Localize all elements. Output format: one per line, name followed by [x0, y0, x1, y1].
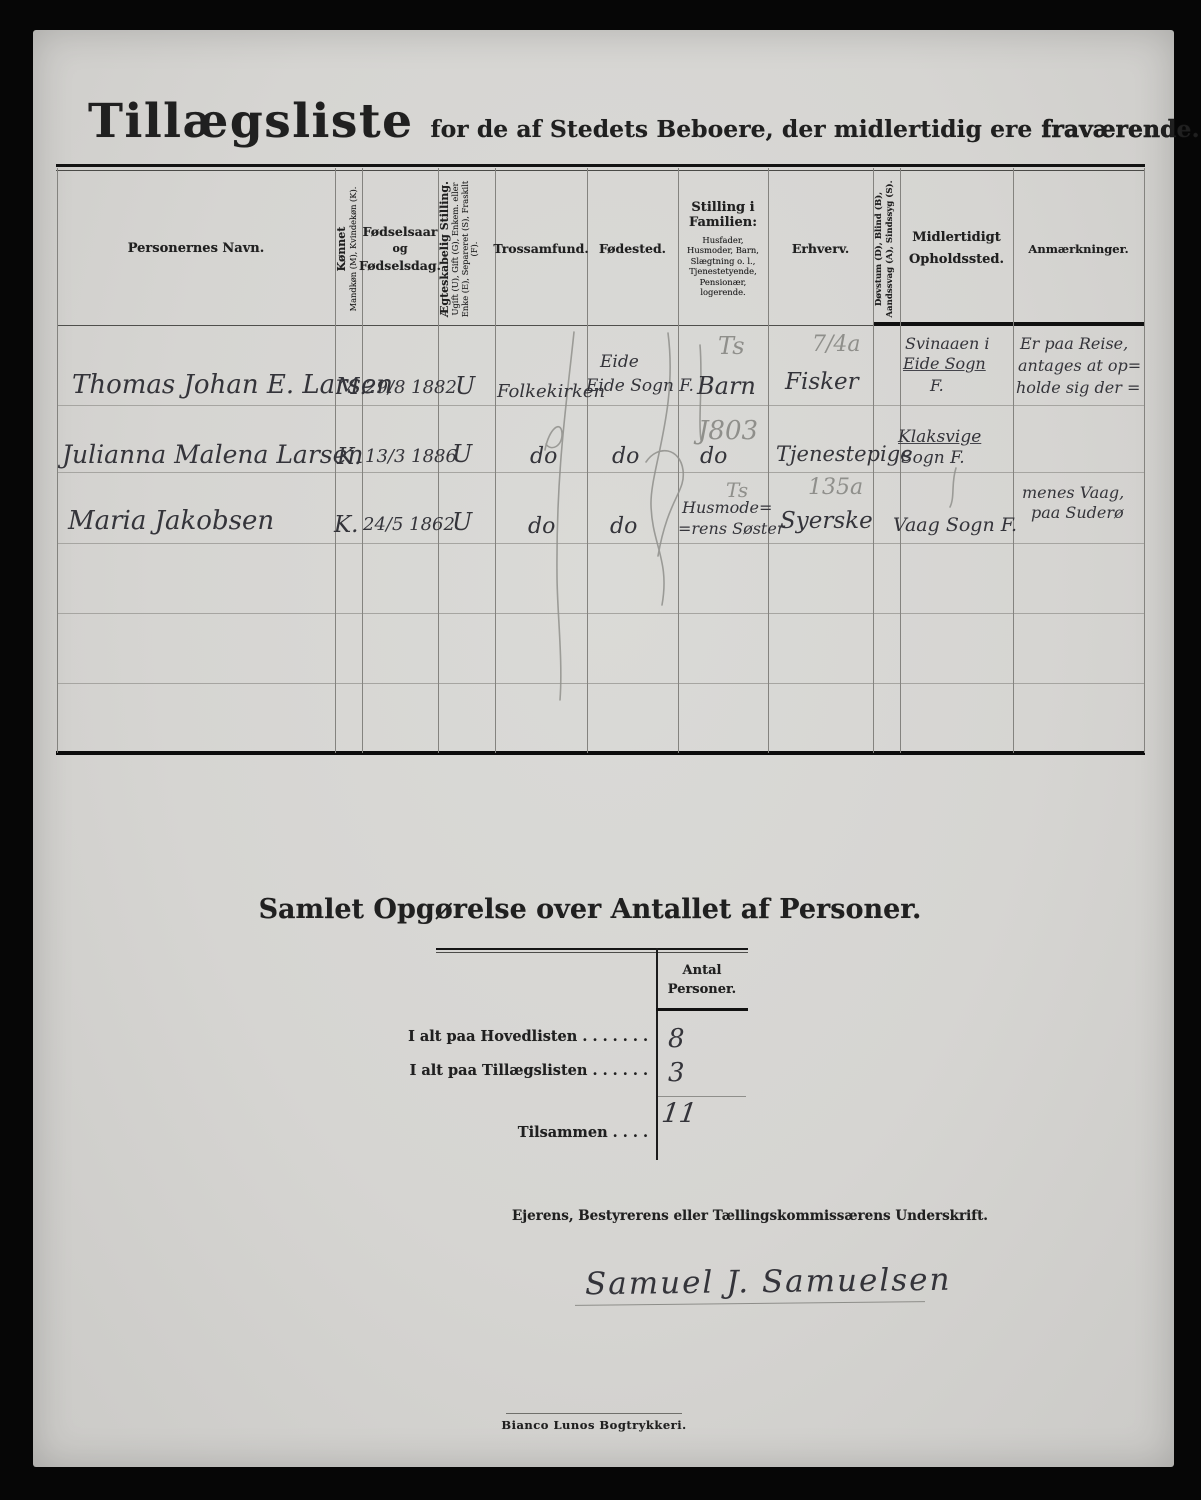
row3-dato: 24/5 1862: [363, 514, 455, 535]
col-header-dovstum: Døvstum (D), Blind (B), Aandssvag (A), S…: [873, 172, 900, 325]
pencil-mark-row1-erhverv: 7/4a: [812, 332, 861, 357]
row2-ophold-2: Sogn F.: [901, 448, 965, 468]
row3-erhverv: Syerske: [780, 508, 873, 534]
summary-label-hovedlisten: I alt paa Hovedlisten . . . . . . .: [330, 1028, 648, 1045]
row1-ophold-3: F.: [930, 376, 944, 395]
row-line-1: [57, 405, 1145, 406]
summary-col-header: Antal Personer.: [656, 963, 748, 997]
row1-ophold-2: Eide Sogn: [903, 354, 986, 373]
row1-erhverv: Fisker: [785, 369, 859, 395]
row1-anm-3: holde sig der =: [1016, 378, 1140, 397]
row3-tros: do: [528, 514, 555, 539]
row-line-5: [57, 683, 1145, 684]
table-top-rule: [56, 164, 1145, 167]
table-vline-right: [1144, 168, 1145, 753]
row3-ophold: Vaag Sogn F.: [893, 514, 1017, 536]
footer-rule: [506, 1413, 682, 1414]
midlertidigt-line1: Midlertidigt: [912, 230, 1001, 245]
row3-anm-1: menes Vaag,: [1022, 483, 1124, 502]
row2-dato: 13/3 1886: [365, 446, 457, 467]
title-subtitle: for de af Stedets Beboere, der midlertid…: [430, 115, 1032, 143]
row2-stilling: do: [700, 444, 727, 469]
col-header-trossamfund: Trossamfund.: [495, 172, 587, 325]
signature-label: Ejerens, Bestyrerens eller Tællingskommi…: [400, 1208, 1100, 1224]
fodselsaar-line1: Fødselsaar: [363, 224, 438, 239]
signature-name: Samuel J. Samuelsen: [585, 1262, 952, 1302]
col-header-aegteskab-detail: Ugift (U), Gift (G), Enkem. eller Enke (…: [451, 173, 480, 325]
table-top-rule-thin: [56, 170, 1145, 171]
col-header-midlertidigt: Midlertidigt Opholdssted.: [900, 172, 1013, 325]
row-line-4: [57, 613, 1145, 614]
title-main: Tillægsliste: [88, 94, 413, 149]
table-bottom-rule: [56, 751, 1145, 755]
row1-dato: 29/8 1882: [365, 377, 457, 398]
summary-label-tillaegslisten: I alt paa Tillægslisten . . . . . .: [330, 1062, 648, 1079]
summary-header-rule: [656, 1008, 748, 1011]
summary-value-tillaegslisten: 3: [668, 1058, 685, 1088]
col-header-aegteskab-title: Ægteskabelig Stilling.: [439, 173, 451, 325]
row3-aegt: U: [452, 508, 472, 536]
row3-kon: K.: [334, 512, 359, 538]
row-line-2: [57, 472, 1145, 473]
row2-erhverv: Tjenestepige: [776, 442, 913, 466]
col-header-fodselsaar: Fødselsaar og Fødselsdag.: [362, 172, 438, 325]
row1-anm-2: antages at op=: [1018, 356, 1141, 375]
col-header-konnet-title: Kønnet: [336, 173, 348, 325]
row1-anm-1: Er paa Reise,: [1020, 334, 1128, 353]
row3-stilling-2: =rens Søster: [678, 519, 784, 538]
col-header-stilling: Stilling i Familien: Husfader, Husmoder,…: [678, 172, 768, 325]
row3-navn: Maria Jakobsen: [68, 506, 274, 536]
row3-anm-2: paa Suderø: [1031, 503, 1124, 522]
scanned-census-page: Tillægsliste for de af Stedets Beboere, …: [0, 0, 1201, 1500]
col-header-dovstum-text: Døvstum (D), Blind (B), Aandssvag (A), S…: [874, 173, 900, 325]
pencil-mark-row1-stilling: Ts: [718, 332, 745, 360]
midlertidigt-line2: Opholdssted.: [909, 252, 1004, 267]
row2-fodested: do: [612, 444, 639, 469]
page-title: Tillægsliste for de af Stedets Beboere, …: [88, 94, 1108, 149]
row-line-3: [57, 543, 1145, 544]
col-header-konnet: Kønnet Mandkøn (M), Kvindekøn (K).: [335, 172, 362, 325]
col-header-anmaerkninger: Anmærkninger.: [1013, 172, 1144, 325]
col-header-navn: Personernes Navn.: [57, 172, 335, 325]
pencil-mark-row3-stilling: Ts: [726, 478, 748, 502]
summary-top-rule-thin: [436, 952, 748, 953]
summary-sum-rule: [658, 1096, 746, 1097]
row1-stilling: Barn: [697, 372, 756, 400]
col-header-aegteskab: Ægteskabelig Stilling. Ugift (U), Gift (…: [438, 172, 495, 325]
fodselsaar-line3: Fødselsdag.: [359, 258, 441, 273]
col-header-erhverv: Erhverv.: [768, 172, 873, 325]
summary-col-header-line2: Personer.: [656, 982, 748, 997]
title-subtitle-emphasis: fraværende.: [1041, 115, 1199, 143]
stilling-line2: Familien:: [689, 215, 757, 230]
row2-kon: K.: [337, 444, 362, 470]
summary-top-rule: [436, 948, 748, 950]
row2-aegt: U: [452, 440, 472, 468]
pencil-mark-row2-stilling: J803: [698, 416, 758, 446]
stilling-detail: Husfader, Husmoder, Barn, Slægtning o. l…: [681, 235, 765, 298]
row2-navn: Julianna Malena Larsen: [62, 440, 364, 469]
col-header-konnet-detail: Mandkøn (M), Kvindekøn (K).: [348, 173, 358, 325]
fodselsaar-line2: og: [392, 242, 407, 255]
row1-ophold-1: Svinaaen i: [905, 334, 989, 353]
row1-fodested-1: Eide: [600, 352, 639, 372]
row1-aegt: U: [455, 372, 475, 400]
pencil-mark-row3-erhverv: 135a: [808, 475, 863, 500]
row1-fodested-2: Eide Sogn F.: [586, 376, 694, 396]
summary-value-hovedlisten: 8: [668, 1024, 685, 1054]
summary-label-tilsammen: Tilsammen . . . .: [330, 1124, 648, 1141]
summary-title: Samlet Opgørelse over Antallet af Person…: [0, 894, 1180, 925]
row2-ophold-1: Klaksvige: [898, 427, 981, 447]
row3-fodested: do: [610, 514, 637, 539]
row1-kon: M.: [336, 374, 367, 400]
summary-value-tilsammen: 11: [660, 1098, 699, 1129]
printer-imprint: Bianco Lunos Bogtrykkeri.: [406, 1418, 782, 1432]
row2-tros: do: [530, 444, 557, 469]
stilling-line1: Stilling i: [691, 200, 754, 215]
col-header-fodested: Fødested.: [587, 172, 678, 325]
summary-col-header-line1: Antal: [656, 963, 748, 978]
